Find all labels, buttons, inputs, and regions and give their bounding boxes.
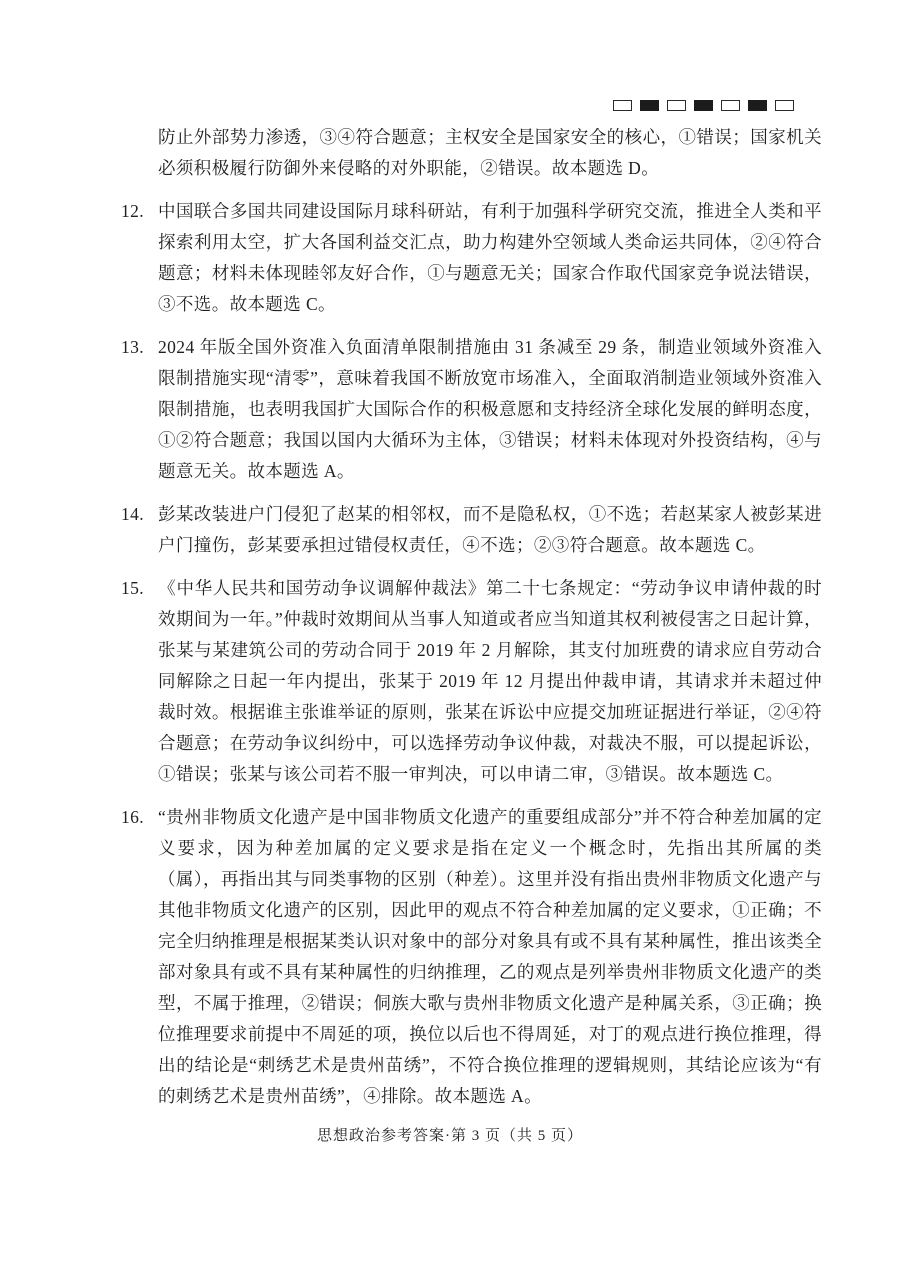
- item-number: 16.: [121, 802, 158, 833]
- item-text: 2024 年版全国外资准入负面清单限制措施由 31 条减至 29 条，制造业领域…: [158, 337, 822, 481]
- item-number: 14.: [121, 499, 158, 530]
- registration-marks: [613, 100, 794, 111]
- outline-mark: [667, 100, 686, 111]
- item-text: 中国联合多国共同建设国际月球科研站，有利于加强科学研究交流，推进全人类和平探索利…: [158, 201, 822, 314]
- outline-mark: [721, 100, 740, 111]
- answer-key-content: 防止外部势力渗透，③④符合题意；主权安全是国家安全的核心，①错误；国家机关必须积…: [121, 122, 822, 1124]
- item-text: 防止外部势力渗透，③④符合题意；主权安全是国家安全的核心，①错误；国家机关必须积…: [158, 127, 822, 178]
- answer-item-13: 13.2024 年版全国外资准入负面清单限制措施由 31 条减至 29 条，制造…: [121, 332, 822, 487]
- filled-mark: [694, 100, 713, 111]
- outline-mark: [775, 100, 794, 111]
- answer-item-14: 14.彭某改装进户门侵犯了赵某的相邻权，而不是隐私权，①不选；若赵某家人被彭某进…: [121, 499, 822, 561]
- item-text: “贵州非物质文化遗产是中国非物质文化遗产的重要组成部分”并不符合种差加属的定义要…: [158, 807, 822, 1106]
- document-page: 防止外部势力渗透，③④符合题意；主权安全是国家安全的核心，①错误；国家机关必须积…: [0, 0, 900, 1273]
- item-text: 彭某改装进户门侵犯了赵某的相邻权，而不是隐私权，①不选；若赵某家人被彭某进户门撞…: [158, 504, 822, 555]
- page-footer: 思想政治参考答案·第 3 页（共 5 页）: [0, 1124, 900, 1145]
- item-text: 《中华人民共和国劳动争议调解仲裁法》第二十七条规定：“劳动争议申请仲裁的时效期间…: [158, 578, 822, 784]
- item-number: 15.: [121, 573, 158, 604]
- filled-mark: [748, 100, 767, 111]
- outline-mark: [613, 100, 632, 111]
- answer-item-12: 12.中国联合多国共同建设国际月球科研站，有利于加强科学研究交流，推进全人类和平…: [121, 196, 822, 320]
- answer-item-16: 16.“贵州非物质文化遗产是中国非物质文化遗产的重要组成部分”并不符合种差加属的…: [121, 802, 822, 1112]
- filled-mark: [640, 100, 659, 111]
- answer-item-11-continuation: 防止外部势力渗透，③④符合题意；主权安全是国家安全的核心，①错误；国家机关必须积…: [121, 122, 822, 184]
- answer-item-15: 15.《中华人民共和国劳动争议调解仲裁法》第二十七条规定：“劳动争议申请仲裁的时…: [121, 573, 822, 790]
- item-number: 13.: [121, 332, 158, 363]
- item-number: 12.: [121, 196, 158, 227]
